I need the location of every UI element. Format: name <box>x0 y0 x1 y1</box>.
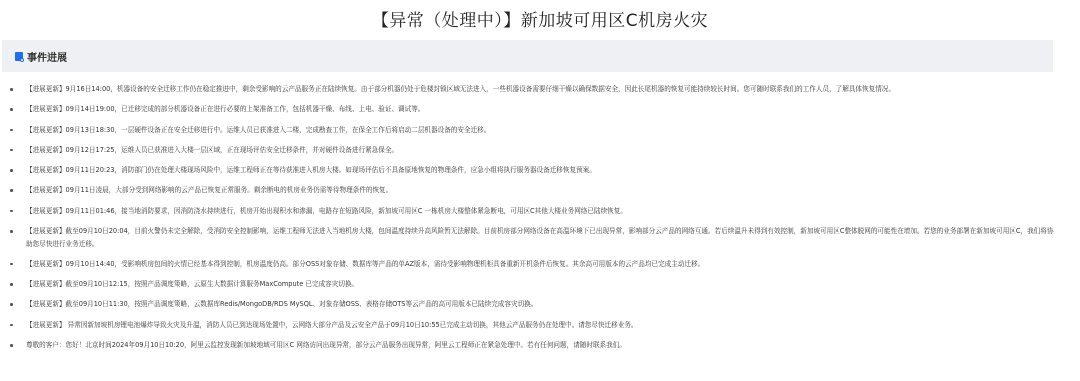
list-item: 【进展更新】09月12日17:25，运维人员已获准进入大楼一层区域，正在现场评估… <box>0 144 1060 157</box>
list-item: 【进展更新】截至09月10日12:15，按照产品调度策略，云原生大数据计算服务M… <box>0 278 1060 291</box>
update-text: 【进展更新】09月13日18:30，一层硬件设备正在安全迁移进行中。运维人员已获… <box>26 126 490 134</box>
list-item: 【进展更新】09月11日20:23，消防部门仍在处理大楼现场风险中，运维工程师正… <box>0 164 1060 177</box>
list-item: 尊敬的客户：您好！北京时间2024年09月10日10:20，阿里云监控发现新加坡… <box>0 339 1060 352</box>
document-icon <box>15 52 23 61</box>
bullet-icon <box>10 149 13 152</box>
bullet-icon <box>10 108 13 111</box>
list-item: 【进展更新】09月14日19:00，已迁移完成的部分机器设备正在进行必要的上架准… <box>0 103 1060 116</box>
bullet-icon <box>10 303 13 306</box>
list-item: 【进展更新】 异常因新加坡机房锂电池爆炸导致火灾及升温，消防人员已到达现场处置中… <box>0 319 1060 332</box>
bullet-icon <box>10 129 13 132</box>
update-text: 尊敬的客户：您好！北京时间2024年09月10日10:20，阿里云监控发现新加坡… <box>26 341 626 349</box>
bullet-icon <box>10 88 13 91</box>
bullet-icon <box>10 263 13 266</box>
bullet-icon <box>10 169 13 172</box>
update-text: 【进展更新】09月10日14:40，受影响机房包间的火情已经基本得到控制，机房温… <box>26 260 704 268</box>
update-text: 【进展更新】截至09月10日11:30，按照产品调度策略，云数据库Redis/M… <box>26 300 537 308</box>
update-text: 【进展更新】截至09月10日20:04，目前火警仍未完全解除，受消防安全控制影响… <box>26 227 1053 248</box>
update-text: 【进展更新】09月12日17:25，运维人员已获准进入大楼一层区域，正在现场评估… <box>26 146 398 154</box>
bullet-icon <box>10 344 13 347</box>
update-text: 【进展更新】09月11日凌晨，大部分受到网络影响的云产品已恢复正常服务。剩余断电… <box>26 186 392 194</box>
bullet-icon <box>10 189 13 192</box>
list-item: 【进展更新】09月11日凌晨，大部分受到网络影响的云产品已恢复正常服务。剩余断电… <box>0 184 1060 197</box>
bullet-icon <box>10 324 13 327</box>
list-item: 【进展更新】9月16日14:00，机器设备的安全迁移工作仍在稳定推进中，剩余受影… <box>0 83 1056 96</box>
list-item: 【进展更新】截至09月10日11:30，按照产品调度策略，云数据库Redis/M… <box>0 298 1060 311</box>
update-list: 【进展更新】9月16日14:00，机器设备的安全迁移工作仍在稳定推进中，剩余受影… <box>0 83 1060 359</box>
section-header-event-progress: 事件进展 <box>2 40 1053 72</box>
update-text: 【进展更新】09月11日20:23，消防部门仍在处理大楼现场风险中，运维工程师正… <box>26 166 596 174</box>
update-text: 【进展更新】9月16日14:00，机器设备的安全迁移工作仍在稳定推进中，剩余受影… <box>26 85 895 93</box>
list-item: 【进展更新】09月10日14:40，受影响机房包间的火情已经基本得到控制，机房温… <box>0 258 1060 271</box>
bullet-icon <box>10 230 13 233</box>
update-text: 【进展更新】09月11日01:46，接当地消防要求，因消防浇水持续进行，机房开始… <box>26 207 627 215</box>
update-text: 【进展更新】截至09月10日12:15，按照产品调度策略，云原生大数据计算服务M… <box>26 280 358 288</box>
incident-page: 【异常（处理中）】新加坡可用区C机房火灾 事件进展 【进展更新】9月16日14:… <box>0 0 1080 381</box>
list-item: 【进展更新】09月11日01:46，接当地消防要求，因消防浇水持续进行，机房开始… <box>0 205 1060 218</box>
bullet-icon <box>10 283 13 286</box>
list-item: 【进展更新】09月13日18:30，一层硬件设备正在安全迁移进行中。运维人员已获… <box>0 124 1060 137</box>
bullet-icon <box>10 210 13 213</box>
update-text: 【进展更新】09月14日19:00，已迁移完成的部分机器设备正在进行必要的上架准… <box>26 105 424 113</box>
list-item: 【进展更新】截至09月10日20:04，目前火警仍未完全解除，受消防安全控制影响… <box>0 225 1056 250</box>
page-title: 【异常（处理中）】新加坡可用区C机房火灾 <box>0 8 1080 34</box>
update-text: 【进展更新】 异常因新加坡机房锂电池爆炸导致火灾及升温，消防人员已到达现场处置中… <box>26 321 638 329</box>
section-title: 事件进展 <box>27 49 67 64</box>
